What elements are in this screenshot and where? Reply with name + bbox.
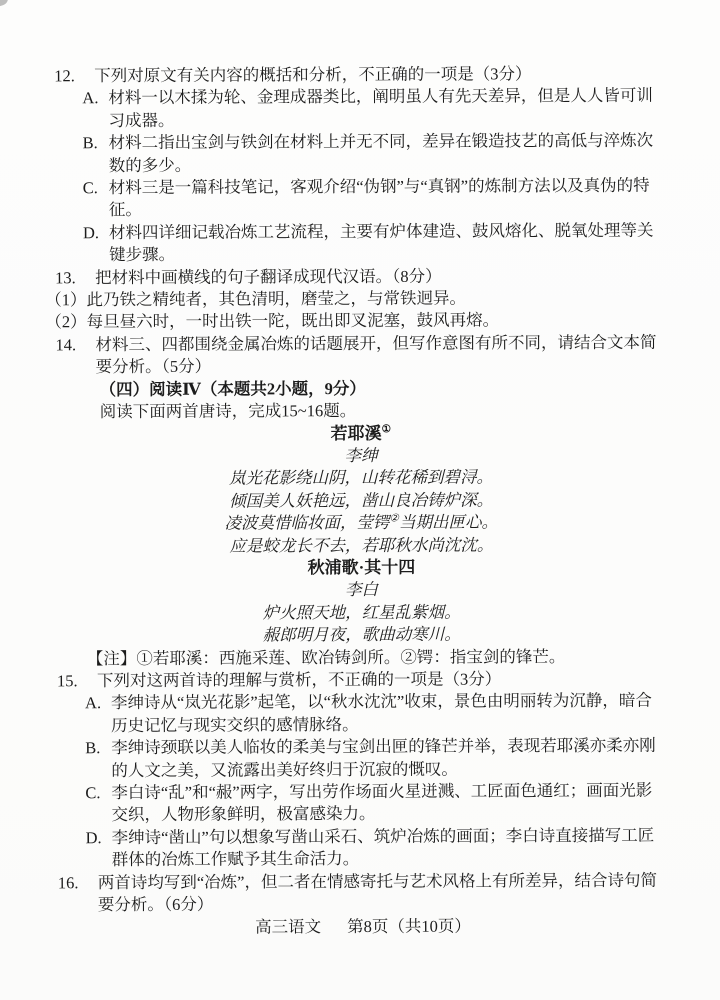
question-12-option-b: B. 材料二指出宝剑与铁剑在材料上并无不同，差异在锻造技艺的高低与淬炼次数的多少…: [55, 130, 665, 177]
poem-author: 李绅: [56, 444, 666, 469]
option-text: 材料二指出宝剑与铁剑在材料上并无不同，差异在锻造技艺的高低与淬炼次数的多少。: [109, 130, 665, 177]
option-text: 材料三是一篇科技笔记，客观介绍“伪钢”与“真钢”的炼制方法以及真伪的特征。: [109, 175, 665, 222]
poem-line: 倾国美人妖艳远，凿山良冶铸炉深。: [56, 488, 666, 513]
option-text: 材料四详细记载冶炼工艺流程，主要有炉体建造、鼓风熔化、脱氧处理等关键步骤。: [109, 220, 665, 267]
option-label: C.: [85, 782, 111, 827]
poem-footnotes: 【注】①若耶溪：西施采莲、欧冶铸剑所。②锷：指宝剑的锋芒。: [87, 645, 667, 670]
option-label: C.: [83, 177, 109, 222]
question-12-option-a: A. 材料一以木揉为轮、金理成器类比，阐明虽人有先天差异，但是人人皆可训习成器。: [54, 85, 664, 132]
question-14: 14. 材料三、四都围绕金属冶炼的话题展开，但写作意图有所不同，请结合文本简要分…: [55, 332, 665, 379]
question-number: 15.: [57, 670, 97, 693]
option-label: A.: [85, 692, 111, 737]
question-number: 13.: [55, 267, 95, 290]
poem-title: 若耶溪①: [56, 421, 666, 446]
page-content: 12. 下列对原文有关内容的概括和分析，不正确的一项是（3分） A. 材料一以木…: [0, 0, 720, 940]
question-stem: 两首诗均写到“冶炼”，但二者在情感寄托与艺术风格上有所差异，结合诗句简要分析。（…: [98, 869, 668, 916]
option-label: A.: [82, 88, 108, 133]
option-text: 李白诗“乱”和“赧”两字，写出劳作场面火星迸溅、工匠面色通红；画面光影交织，人物…: [111, 780, 667, 827]
question-15-option-d: D. 李绅诗“凿山”句以想象写凿山采石、筑炉冶炼的画面；李白诗直接描写工匠群体的…: [58, 824, 668, 871]
question-15-option-b: B. 李绅诗颈联以美人临妆的柔美与宝剑出匣的锋芒并举，表现若耶溪亦柔亦刚的人文之…: [57, 735, 667, 782]
question-16: 16. 两首诗均写到“冶炼”，但二者在情感寄托与艺术风格上有所差异，结合诗句简要…: [58, 869, 668, 916]
option-text: 李绅诗从“岚光花影”起笔，以“秋水沈沈”收束，景色由明丽转为沉静，暗合历史记忆与…: [111, 690, 667, 737]
question-13-item-1: （1）此乃铁之精纯者，其色清明，磨莹之，与常铁迥异。: [45, 287, 665, 312]
question-number: 12.: [54, 65, 94, 88]
footer-course-label: 高三语文: [255, 918, 321, 937]
poem-line-text: 当期出匣心。: [399, 513, 498, 532]
poem-line: 应是蛟龙长不去，若耶秋水尚沈沈。: [56, 533, 666, 558]
option-text: 李绅诗“凿山”句以想象写凿山采石、筑炉冶炼的画面；李白诗直接描写工匠群体的冶炼工…: [112, 824, 668, 871]
question-number: 14.: [55, 334, 95, 379]
question-stem: 把材料中画横线的句子翻译成现代汉语。（8分）: [95, 264, 665, 289]
question-13: 13. 把材料中画横线的句子翻译成现代汉语。（8分）: [55, 264, 665, 289]
poem-line: 岚光花影绕山阴，山转花稀到碧浔。: [56, 466, 666, 491]
option-label: B.: [85, 737, 111, 782]
question-15-option-c: C. 李白诗“乱”和“赧”两字，写出劳作场面火星迸溅、工匠面色通红；画面光影交织…: [57, 780, 667, 827]
footnote-marker-2: ②: [389, 513, 398, 524]
question-15: 15. 下列对这两首诗的理解与赏析，不正确的一项是（3分）: [57, 668, 667, 693]
poem-author: 李白: [56, 578, 666, 603]
poem-title: 秋浦歌·其十四: [56, 556, 666, 581]
poem-line: 凌波莫惜临妆面，莹锷②当期出匣心。: [56, 511, 666, 536]
option-text: 李绅诗颈联以美人临妆的柔美与宝剑出匣的锋芒并举，表现若耶溪亦柔亦刚的人文之美，又…: [111, 735, 667, 782]
poem-line-text: 凌波莫惜临妆面，莹锷: [224, 513, 389, 533]
question-13-item-2: （2）每旦昼六时，一时出铁一陀，既出即叉泥塞，鼓风再熔。: [45, 309, 665, 334]
poem-line: 赧郎明月夜，歌曲动寒川。: [57, 623, 667, 648]
footer-page-number: 第8页（共10页）: [347, 917, 471, 937]
question-stem: 下列对这两首诗的理解与赏析，不正确的一项是（3分）: [97, 668, 667, 693]
question-number: 16.: [58, 872, 98, 917]
question-15-option-a: A. 李绅诗从“岚光花影”起笔，以“秋水沈沈”收束，景色由明丽转为沉静，暗合历史…: [57, 690, 667, 737]
question-12-option-d: D. 材料四详细记载冶炼工艺流程，主要有炉体建造、鼓风熔化、脱氧处理等关键步骤。: [55, 220, 665, 267]
option-label: D.: [83, 222, 109, 267]
footnote-marker-1: ①: [382, 424, 391, 435]
exam-paper-page: 12. 下列对原文有关内容的概括和分析，不正确的一项是（3分） A. 材料一以木…: [0, 0, 720, 1000]
poem-qiupuge: 秋浦歌·其十四 李白 炉火照天地，红星乱紫烟。 赧郎明月夜，歌曲动寒川。: [56, 556, 666, 648]
reading-instruction: 阅读下面两首唐诗，完成15~16题。: [100, 399, 666, 424]
poem-line: 炉火照天地，红星乱紫烟。: [57, 600, 667, 625]
poem-ruoyexi: 若耶溪① 李绅 岚光花影绕山阴，山转花稀到碧浔。 倾国美人妖艳远，凿山良冶铸炉深…: [56, 421, 667, 558]
option-text: 材料一以木揉为轮、金理成器类比，阐明虽人有先天差异，但是人人皆可训习成器。: [108, 85, 664, 132]
section-4-heading: （四）阅读Ⅳ（本题共2小题，9分）: [100, 376, 666, 401]
question-12-option-c: C. 材料三是一篇科技笔记，客观介绍“伪钢”与“真钢”的炼制方法以及真伪的特征。: [55, 175, 665, 222]
poem-title-text: 若耶溪: [331, 423, 382, 442]
page-footer: 高三语文第8页（共10页）: [58, 915, 668, 940]
question-stem: 材料三、四都围绕金属冶炼的话题展开，但写作意图有所不同，请结合文本简要分析。（5…: [95, 332, 665, 379]
question-stem: 下列对原文有关内容的概括和分析，不正确的一项是（3分）: [94, 63, 664, 88]
option-label: D.: [86, 827, 112, 872]
option-label: B.: [83, 132, 109, 177]
question-12: 12. 下列对原文有关内容的概括和分析，不正确的一项是（3分）: [54, 63, 664, 88]
